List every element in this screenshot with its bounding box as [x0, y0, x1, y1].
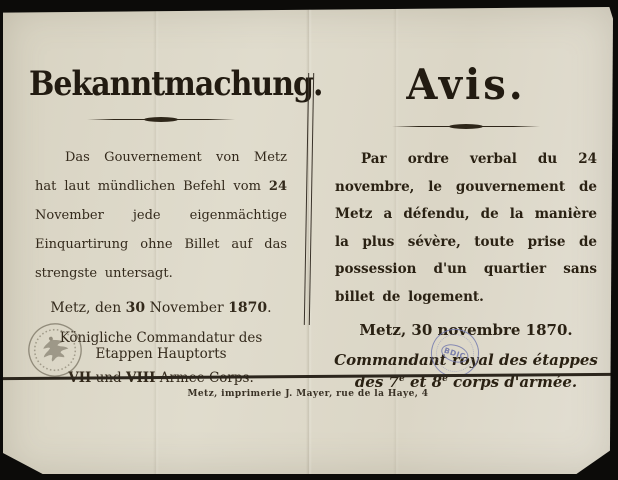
german-title: Bekanntmachung.	[29, 65, 293, 104]
french-title: Avis.	[333, 60, 599, 109]
german-paragraph-text-end: November jede eigenmächtige Einquartirun…	[35, 208, 287, 281]
german-date-prefix: Metz, den	[50, 300, 125, 316]
german-date-year: 1870	[228, 300, 267, 316]
german-date-day: 30	[126, 300, 145, 316]
ornament-divider-french	[392, 123, 540, 130]
german-paragraph-text: Das Gouvernement von Metz hat laut mündl…	[35, 150, 287, 194]
german-date-month: November	[145, 300, 228, 316]
ornament-lens-icon	[449, 124, 483, 129]
french-paragraph: Par ordre verbal du 24 novembre, le gouv…	[335, 146, 597, 311]
printer-imprint: Metz, imprimerie J. Mayer, rue de la Hay…	[3, 389, 613, 399]
german-paragraph: Das Gouvernement von Metz hat laut mündl…	[35, 143, 287, 288]
ornament-lens-icon	[144, 117, 178, 122]
german-date-period: .	[267, 300, 271, 316]
german-paragraph-date-number: 24	[269, 179, 287, 194]
column-divider-rule	[304, 73, 314, 325]
bdic-stamp-label: BDIC	[439, 341, 471, 366]
scanned-poster-sheet: Bekanntmachung. Das Gouvernement von Met…	[3, 7, 613, 474]
ornament-divider-german	[87, 116, 235, 123]
